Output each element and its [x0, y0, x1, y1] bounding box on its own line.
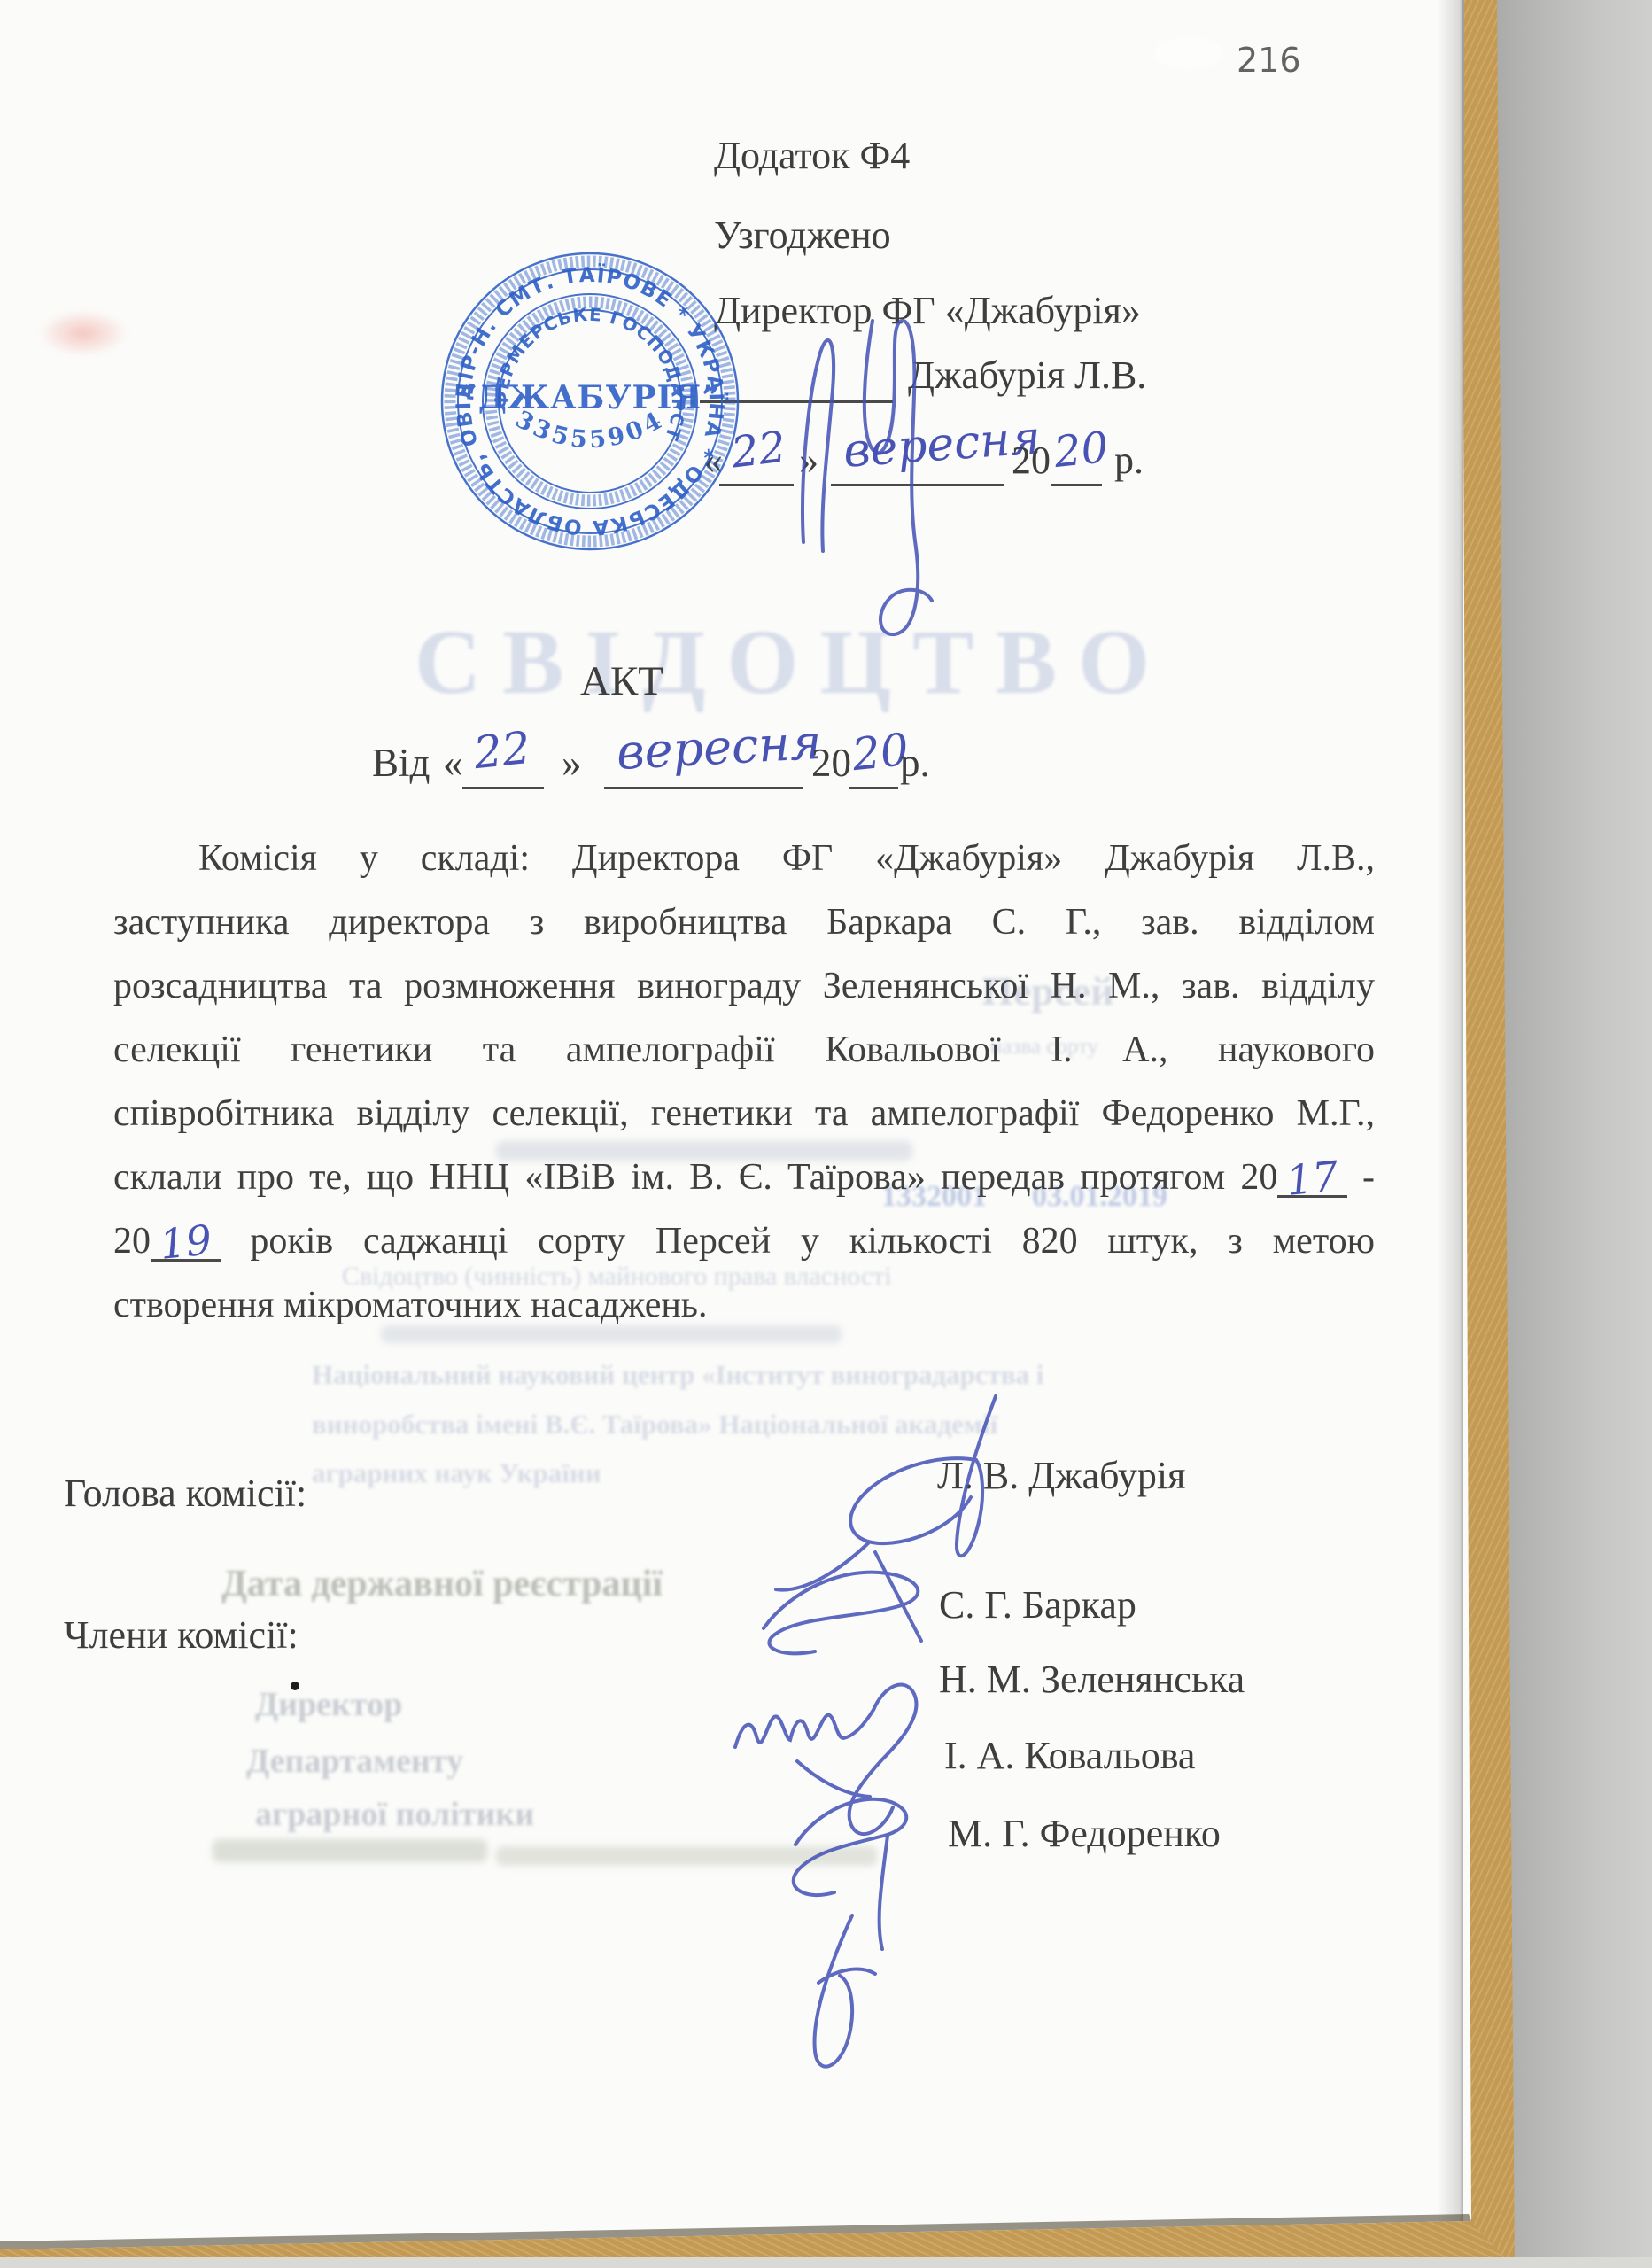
- correction-fluid-patch: [1154, 37, 1223, 69]
- act-date-month-handwritten: вересня: [616, 714, 823, 781]
- header-date-month-line: [831, 484, 1004, 486]
- scan-bottom-strip: [0, 2257, 1652, 2268]
- bleedthrough-director-line1: Директор: [255, 1685, 402, 1724]
- appendix-label: Додаток Ф4: [714, 133, 910, 178]
- act-date-year-line: [849, 787, 898, 789]
- body-line: співробітника відділу селекції, генетики…: [113, 1082, 1375, 1146]
- bleedthrough-director-line2: Департаменту: [246, 1742, 463, 1781]
- year-start-handwritten: 17: [1285, 1158, 1340, 1199]
- year-start-slot: 17: [1277, 1157, 1347, 1198]
- act-date-month-line: [604, 787, 803, 789]
- chair-name: Л. В. Джабурія: [937, 1453, 1185, 1498]
- year-end-handwritten: 19: [158, 1222, 213, 1262]
- svg-text:•33555904•: •33555904•: [511, 380, 670, 454]
- bleedthrough-certificate-title: СВІДОЦТВО: [415, 610, 1171, 715]
- svg-text:ФЕРМЕРСЬКЕ ГОСПОДАРСТВО: ФЕРМЕРСЬКЕ ГОСПОДАРСТВО: [487, 294, 699, 445]
- director-title: Директор ФГ «Джабурія»: [714, 288, 1141, 333]
- document-page: СВІДОЦТВО Персей назва сорту 1332001 03.…: [0, 0, 1506, 2268]
- act-body-paragraph: Комісія у складі: Директора ФГ «Джабурія…: [113, 827, 1375, 1337]
- header-date-year-line: [1051, 484, 1102, 486]
- header-date-day-handwritten: 22: [729, 422, 788, 478]
- chair-label: Голова комісії:: [64, 1471, 306, 1516]
- act-date-era: р.: [900, 740, 930, 786]
- member-name: Н. М. Зеленянська: [939, 1657, 1245, 1702]
- act-title: АКТ: [580, 657, 663, 705]
- bleedthrough-smudge-bar3: [213, 1839, 487, 1862]
- header-date-era: р.: [1114, 438, 1144, 483]
- body-line: Комісія у складі: Директора ФГ «Джабурія…: [113, 827, 1375, 890]
- header-date-day-line: [719, 484, 794, 486]
- pink-ink-smudge: [39, 310, 128, 356]
- header-date-year-handwritten: 20: [1051, 423, 1111, 478]
- bleedthrough-smudge-bar4: [496, 1846, 877, 1866]
- page-number: 216: [1237, 41, 1301, 80]
- ink-speck: [291, 1682, 299, 1690]
- stamp-inner-arc-text: ФЕРМЕРСЬКЕ ГОСПОДАРСТВО: [487, 294, 699, 445]
- header-date-open-quote: «: [703, 438, 723, 483]
- stamp-registration-number: •33555904•: [511, 380, 670, 454]
- signature-line: [700, 400, 893, 403]
- page-right-edge-shadow: [1437, 0, 1463, 2233]
- act-date-day-line: [462, 787, 544, 789]
- bleedthrough-reg-date-line: Дата державної реєстрації: [221, 1563, 663, 1605]
- member-name: С. Г. Баркар: [939, 1582, 1136, 1627]
- header-date-century: 20: [1012, 438, 1051, 483]
- act-date-prefix: Від: [372, 740, 430, 786]
- act-date-day-handwritten: 22: [471, 722, 532, 779]
- body-line: заступника директора з виробництва Барка…: [113, 890, 1375, 954]
- member-signature-zelenianska: [735, 1685, 916, 1835]
- body-line: розсадництва та розмноження винограду Зе…: [113, 954, 1375, 1018]
- body-line-with-year: склали про те, що ННЦ «ІВіВ ім. В. Є. Та…: [113, 1146, 1375, 1209]
- year-end-slot: 19: [151, 1221, 221, 1262]
- bleedthrough-director-line3: аграрної політики: [255, 1795, 534, 1834]
- act-date-close-quote: »: [562, 740, 582, 786]
- members-label: Члени комісії:: [64, 1612, 299, 1658]
- bleedthrough-org-line1: Національний науковий центр «Інститут ви…: [312, 1359, 1043, 1391]
- member-name: І. А. Ковальова: [944, 1733, 1195, 1778]
- bleedthrough-org-line3: аграрних наук України: [312, 1457, 601, 1489]
- member-signature-fedorenko: [815, 1915, 875, 2067]
- bleedthrough-org-line2: виноробства імені В.Є. Таїрова» Націонал…: [312, 1409, 997, 1441]
- member-name: М. Г. Федоренко: [948, 1811, 1221, 1856]
- body-line-with-year: 2019 років саджанці сорту Персей у кільк…: [113, 1209, 1375, 1273]
- header-date-close-quote: »: [799, 438, 818, 483]
- body-line: створення мікроматочних насаджень.: [113, 1273, 1375, 1337]
- body-line: селекції генетики та ампелографії Коваль…: [113, 1018, 1375, 1082]
- act-date-open-quote: «: [443, 740, 463, 786]
- member-signature-barkar: [764, 1552, 921, 1653]
- agreed-label: Узгоджено: [714, 213, 891, 258]
- director-name: Джабурія Л.В.: [908, 353, 1146, 398]
- act-date-century: 20: [811, 740, 851, 786]
- stamp-company-name: “ДЖАБУРІЯ”: [459, 379, 721, 416]
- member-signature-kovalova: [794, 1799, 907, 1949]
